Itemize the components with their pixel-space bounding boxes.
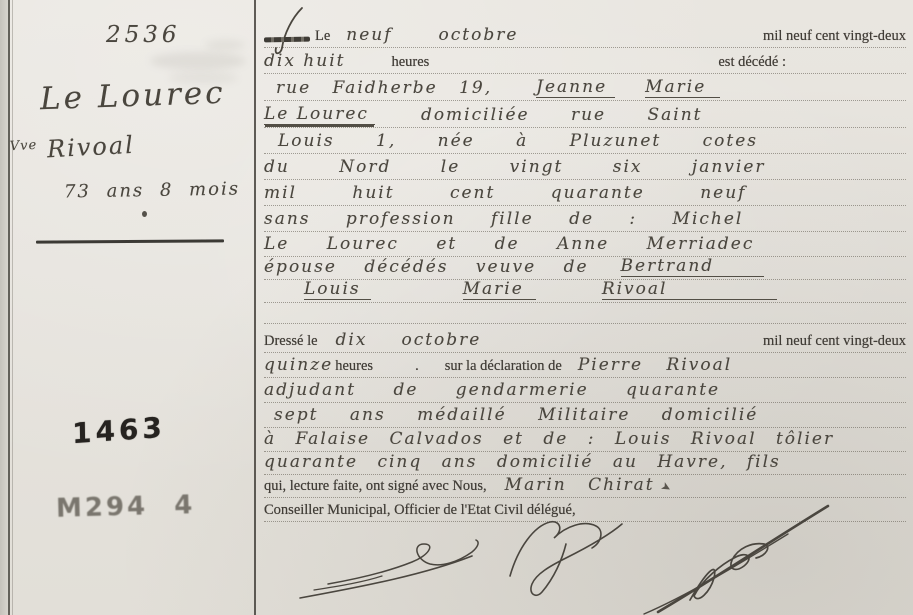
printed-drawn-year: mil neuf cent vingt-deux <box>763 333 906 350</box>
hw-birthdate-2: mil huit cent quarante neuf <box>264 183 746 203</box>
hw-death-day: neuf <box>346 25 392 45</box>
hw-address: rue Faidherbe 19, <box>276 78 492 98</box>
hw-profession: sans profession fille de : Michel <box>264 209 743 229</box>
margin-widow-line: Vve Rivoal <box>9 131 135 165</box>
registry-stamp-number: 1463 <box>72 411 166 451</box>
printed-le: Le <box>315 28 330 45</box>
act-line-drawn-date: Dressé le dix octobre mil neuf cent ving… <box>264 324 906 353</box>
hw-domicile: domiciliée rue Saint <box>421 105 703 125</box>
registry-stamp-code: M294 4 <box>56 490 196 524</box>
act-line-husband-name: Louis Marie Rivoal <box>264 280 906 303</box>
act-line-declaration: quinze heures . sur la déclaration de Pi… <box>264 353 906 378</box>
hw-husband-firstname: Bertrand <box>621 256 765 277</box>
act-line-signature-clause: qui, lecture faite, ont signé avec Nous,… <box>264 475 906 498</box>
printed-est-decede: est décédé : <box>718 54 786 71</box>
death-record-scan: 2536 Le Lourec Vve Rivoal 73 ans 8 mois … <box>0 0 913 615</box>
bleedthrough-smudge <box>205 40 245 50</box>
margin-horizontal-rule <box>36 239 224 243</box>
signature-1 <box>300 540 478 598</box>
signature-2 <box>510 522 622 596</box>
printed-period: . <box>415 358 419 375</box>
signatures-block <box>266 500 908 615</box>
act-line-widow-of: épouse décédés veuve de Bertrand <box>264 257 906 280</box>
hw-spouse-status: épouse décédés veuve de <box>264 257 589 277</box>
hw-declarant-job: adjudant de gendarmerie quarante <box>264 380 720 400</box>
act-text-block: Le neuf octobre mil neuf cent vingt-deux… <box>264 16 906 522</box>
page-edge-line-faint <box>12 0 13 615</box>
hw-husband-name-2: Marie <box>463 279 536 300</box>
hw-husband-surname: Rivoal <box>602 279 778 300</box>
hw-birthplace: Louis 1, née à Pluzunet cotes <box>278 131 758 151</box>
printed-heures-2: heures <box>335 358 373 375</box>
column-divider-rule <box>254 0 256 615</box>
margin-act-number: 2536 <box>106 22 181 48</box>
act-line-parents: Le Lourec et de Anne Merriadec <box>264 232 906 257</box>
act-line-birthdate-2: mil huit cent quarante neuf <box>264 180 906 206</box>
act-line-date: Le neuf octobre mil neuf cent vingt-deux <box>264 16 906 48</box>
act-line-blank <box>264 303 906 324</box>
page-edge-line <box>8 0 10 615</box>
hw-declarant-name: Pierre Rivoal <box>578 355 732 375</box>
hw-husband-name-1: Louis <box>304 279 371 300</box>
printed-declaration-de: sur la déclaration de <box>445 358 562 375</box>
margin-widow-prefix: Vve <box>9 138 37 154</box>
margin-age: 73 ans 8 mois <box>64 178 240 202</box>
hw-parents: Le Lourec et de Anne Merriadec <box>264 234 754 254</box>
hw-surname: Le Lourec <box>264 104 375 125</box>
printed-dresse-le: Dressé le <box>264 333 318 350</box>
bleedthrough-smudge <box>150 52 246 70</box>
margin-widow-name: Rivoal <box>46 131 135 164</box>
margin-deceased-surname: Le Lourec <box>39 75 226 117</box>
hw-drawn-day: dix <box>336 330 368 350</box>
printed-signature-clause: qui, lecture faite, ont signé avec Nous, <box>264 478 487 495</box>
hw-drawn-month: octobre <box>401 330 481 350</box>
hw-firstname-1: Jeanne <box>536 77 615 98</box>
act-line-declarant2-age: quarante cinq ans domicilié au Havre, fi… <box>264 452 906 475</box>
hw-declarant2-age: quarante cinq ans domicilié au Havre, fi… <box>264 452 781 472</box>
ink-dash-mark <box>264 37 310 43</box>
act-line-declarant-job: adjudant de gendarmerie quarante <box>264 378 906 403</box>
arrow-flourish-icon: ➤ <box>658 478 674 496</box>
hw-declarant-age: sept ans médaillé Militaire domicilié <box>274 405 758 425</box>
act-line-profession-father: sans profession fille de : Michel <box>264 206 906 232</box>
printed-heures: heures <box>391 54 429 71</box>
act-line-birthdate-1: du Nord le vingt six janvier <box>264 154 906 180</box>
act-line-declarant-age: sept ans médaillé Militaire domicilié <box>264 403 906 428</box>
act-line-hour: dix huit heures est décédé : <box>264 48 906 74</box>
hw-declarant2: à Falaise Calvados et de : Louis Rivoal … <box>264 429 834 449</box>
act-line-birthplace: Louis 1, née à Pluzunet cotes <box>264 128 906 154</box>
act-line-address-name: rue Faidherbe 19, Jeanne Marie <box>264 74 906 101</box>
act-line-surname-domicile: Le Lourec domiciliée rue Saint <box>264 101 906 128</box>
hw-firstname-2: Marie <box>645 77 720 98</box>
checkmark-flourish-icon <box>270 4 310 56</box>
hw-birthdate-1: du Nord le vingt six janvier <box>264 157 766 177</box>
hw-officer-name: Marin Chirat <box>505 475 655 495</box>
hw-drawn-hour: quinze <box>264 355 333 375</box>
signature-3 <box>644 506 828 614</box>
hw-death-month: octobre <box>439 25 519 45</box>
act-line-declarant2: à Falaise Calvados et de : Louis Rivoal … <box>264 428 906 452</box>
ink-dot-mark <box>142 211 147 217</box>
printed-year: mil neuf cent vingt-deux <box>763 28 906 45</box>
